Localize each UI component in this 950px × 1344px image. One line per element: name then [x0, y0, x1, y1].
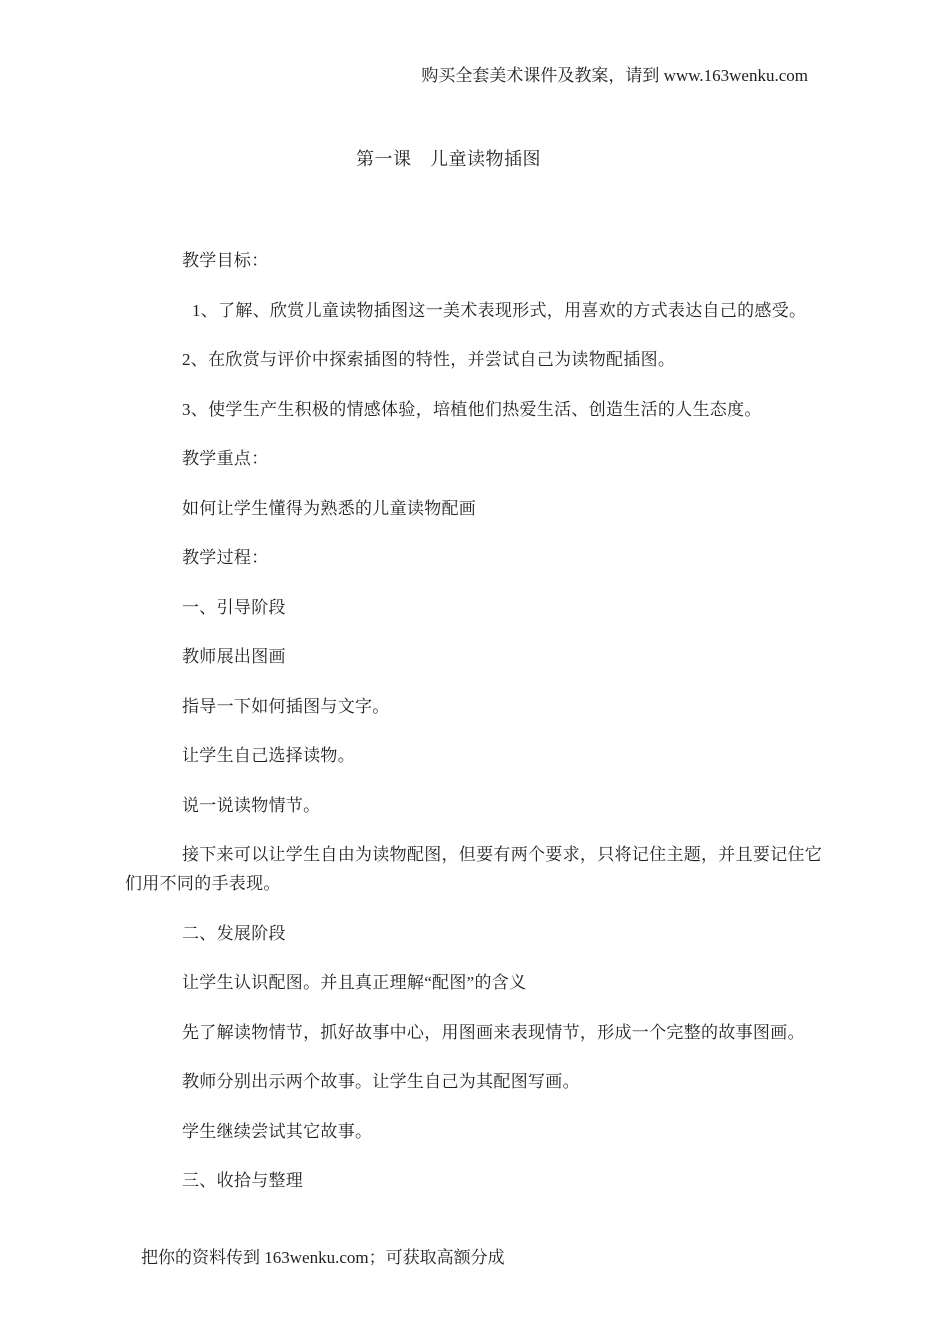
- paragraph-teaching-goals-heading: 教学目标：: [125, 246, 827, 275]
- paragraph-stage-2-step-1: 让学生认识配图。并且真正理解“配图”的含义: [125, 968, 827, 997]
- paragraph-stage-2-step-4: 学生继续尝试其它故事。: [125, 1117, 827, 1146]
- paragraph-stage-2-step-2: 先了解读物情节，抓好故事中心，用图画来表现情节，形成一个完整的故事图画。: [125, 1018, 827, 1047]
- paragraph-stage-3-heading: 三、收拾与整理: [125, 1166, 827, 1195]
- paragraph-stage-1-step-2: 指导一下如何插图与文字。: [125, 692, 827, 721]
- paragraph-stage-2-step-3: 教师分别出示两个故事。让学生自己为其配图写画。: [125, 1067, 827, 1096]
- paragraph-stage-1-step-4: 说一说读物情节。: [125, 791, 827, 820]
- footer-promo-note: 把你的资料传到 163wenku.com；可获取高额分成: [141, 1246, 505, 1270]
- paragraph-stage-1-heading: 一、引导阶段: [125, 593, 827, 622]
- document-page: 购买全套美术课件及教案，请到 www.163wenku.com 第一课 儿童读物…: [0, 0, 950, 1344]
- paragraph-stage-2-heading: 二、发展阶段: [125, 919, 827, 948]
- paragraph-goal-2: 2、在欣赏与评价中探索插图的特性，并尝试自己为读物配插图。: [125, 345, 827, 374]
- header-promo-note: 购买全套美术课件及教案，请到 www.163wenku.com: [0, 64, 808, 88]
- paragraph-goal-1: 1、了解、欣赏儿童读物插图这一美术表现形式，用喜欢的方式表达自己的感受。: [125, 296, 827, 325]
- document-title: 第一课 儿童读物插图: [356, 147, 541, 171]
- paragraph-stage-1-step-5: 接下来可以让学生自由为读物配图，但要有两个要求，只将记住主题，并且要记住它们用不…: [125, 840, 827, 898]
- paragraph-goal-3: 3、使学生产生积极的情感体验，培植他们热爱生活、创造生活的人生态度。: [125, 395, 827, 424]
- paragraph-stage-1-step-1: 教师展出图画: [125, 642, 827, 671]
- paragraph-stage-1-step-3: 让学生自己选择读物。: [125, 741, 827, 770]
- document-body: 教学目标： 1、了解、欣赏儿童读物插图这一美术表现形式，用喜欢的方式表达自己的感…: [125, 246, 827, 1216]
- paragraph-process-heading: 教学过程：: [125, 543, 827, 572]
- paragraph-key-points-heading: 教学重点：: [125, 444, 827, 473]
- paragraph-key-points-text: 如何让学生懂得为熟悉的儿童读物配画: [125, 494, 827, 523]
